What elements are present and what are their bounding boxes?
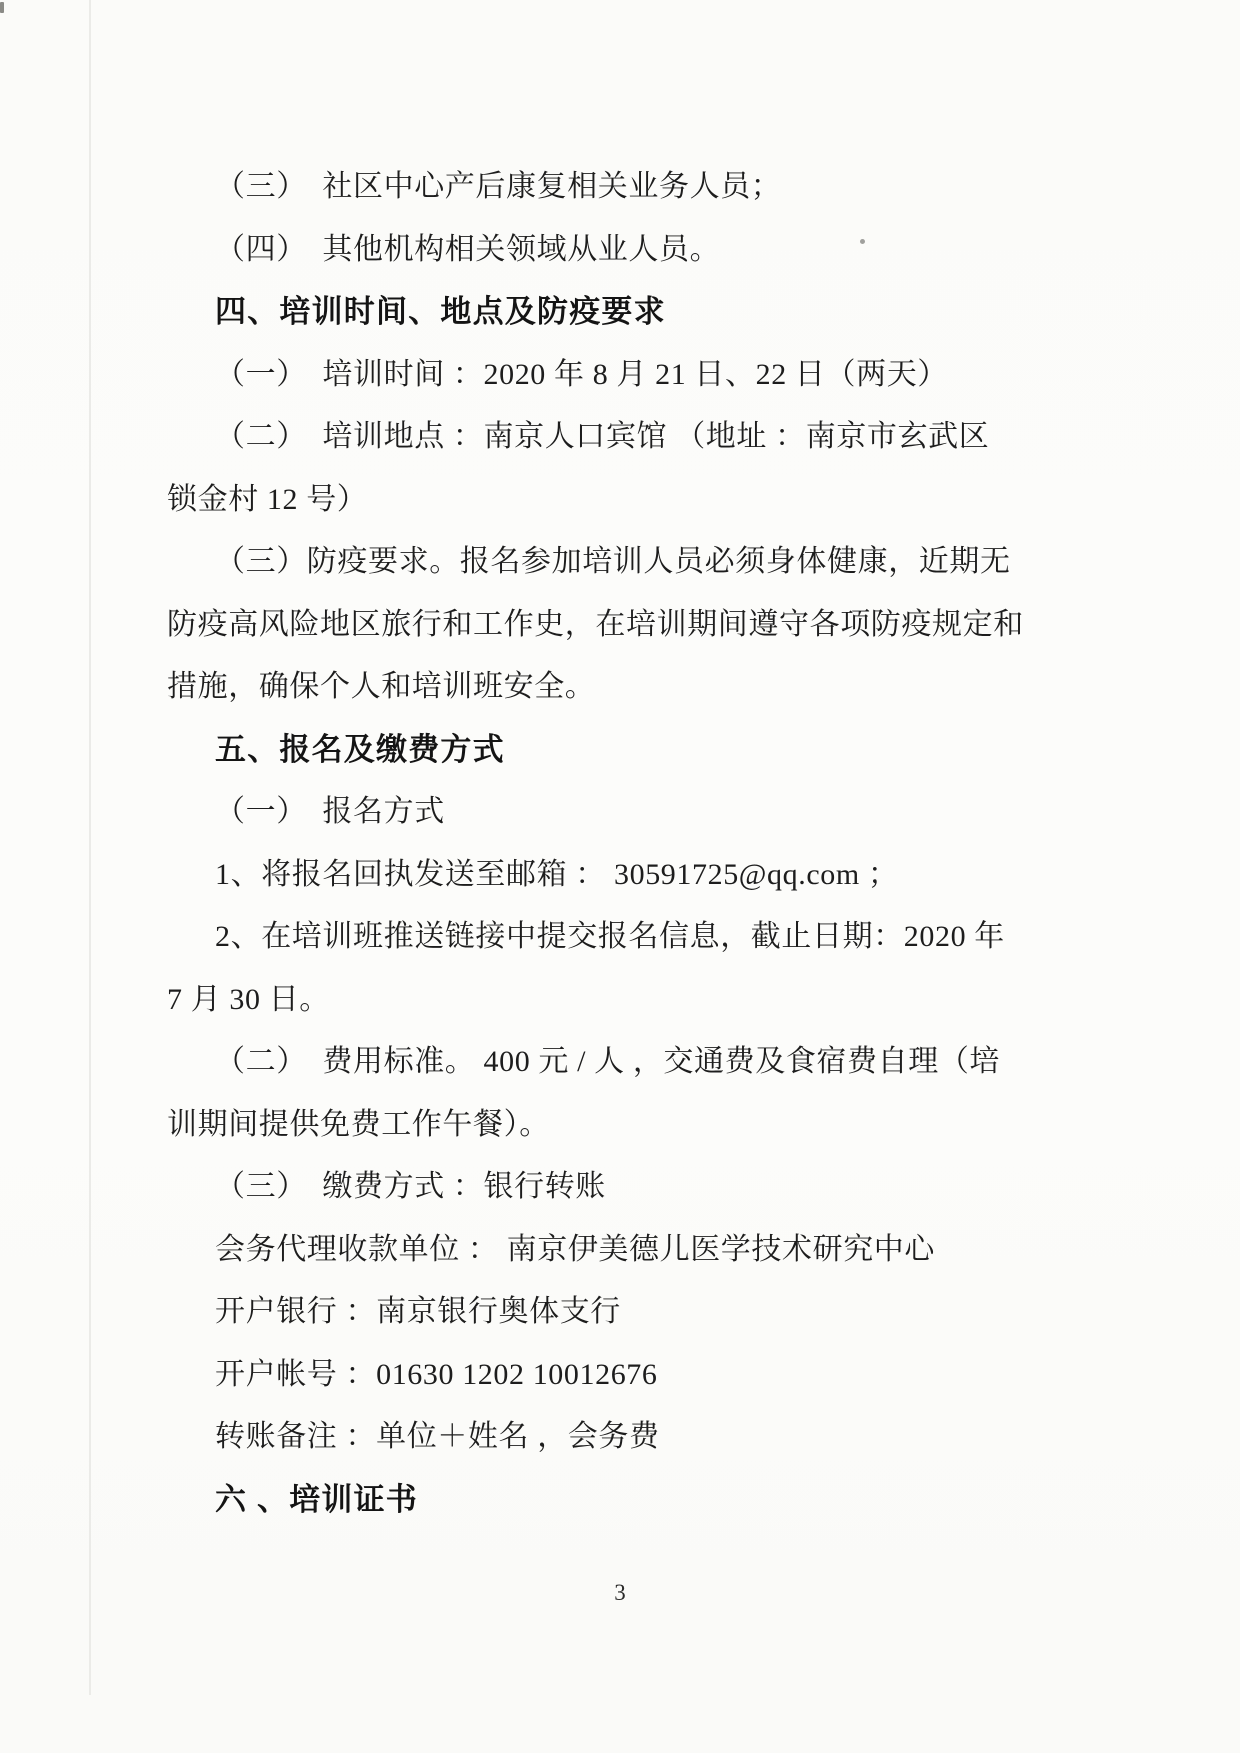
line-bank-name: 开户银行 ：南京银行奥体支行 — [167, 1281, 1019, 1344]
scan-artifact-corner-speck — [0, 2, 4, 13]
list-item-audience-4: （四） 其他机构相关领域从业人员。 — [167, 219, 1019, 282]
line-registration-link: 2、在培训班推送链接中提交报名信息，截止日期：2020 年 — [167, 906, 1019, 969]
line-training-location-cont: 锁金村 12 号） — [167, 469, 1019, 532]
line-fee-standard: （二） 费用标准。 400 元 / 人 ，交通费及食宿费自理（培 — [167, 1031, 1019, 1094]
line-bank-account-number: 开户帐号 ：01630 1202 10012676 — [167, 1344, 1019, 1407]
line-transfer-note: 转账备注 ：单位＋姓名 ，会务费 — [167, 1406, 1019, 1469]
line-payee-organization: 会务代理收款单位 ： 南京伊美德儿医学技术研究中心 — [167, 1219, 1019, 1282]
page-number: 3 — [0, 1578, 1240, 1608]
line-payment-method: （三） 缴费方式 ：银行转账 — [167, 1156, 1019, 1219]
line-registration-email: 1、将报名回执发送至邮箱 ： 30591725@qq.com ； — [167, 844, 1019, 907]
section-heading-6-training-certificate: 六 、培训证书 — [167, 1469, 1019, 1532]
line-registration-method-title: （一） 报名方式 — [167, 781, 1019, 844]
section-heading-5-registration-payment: 五、报名及缴费方式 — [167, 719, 1019, 782]
scan-artifact-vertical-line — [89, 0, 91, 1695]
document-body: （三） 社区中心产后康复相关业务人员； （四） 其他机构相关领域从业人员。 四、… — [167, 156, 1019, 1531]
section-heading-4-training-time-location: 四、培训时间、地点及防疫要求 — [167, 281, 1019, 344]
line-epidemic-requirement-cont-2: 措施，确保个人和培训班安全。 — [167, 656, 1019, 719]
line-epidemic-requirement-cont-1: 防疫高风险地区旅行和工作史，在培训期间遵守各项防疫规定和 — [167, 594, 1019, 657]
line-epidemic-requirement: （三）防疫要求。报名参加培训人员必须身体健康，近期无 — [167, 531, 1019, 594]
line-registration-deadline-cont: 7 月 30 日。 — [167, 969, 1019, 1032]
line-training-location: （二） 培训地点 ：南京人口宾馆 （地址 ：南京市玄武区 — [167, 406, 1019, 469]
line-fee-standard-cont: 训期间提供免费工作午餐）。 — [167, 1094, 1019, 1157]
list-item-audience-3: （三） 社区中心产后康复相关业务人员； — [167, 156, 1019, 219]
document-page: （三） 社区中心产后康复相关业务人员； （四） 其他机构相关领域从业人员。 四、… — [0, 0, 1240, 1753]
line-training-time: （一） 培训时间 ：2020 年 8 月 21 日、22 日（两天） — [167, 344, 1019, 407]
